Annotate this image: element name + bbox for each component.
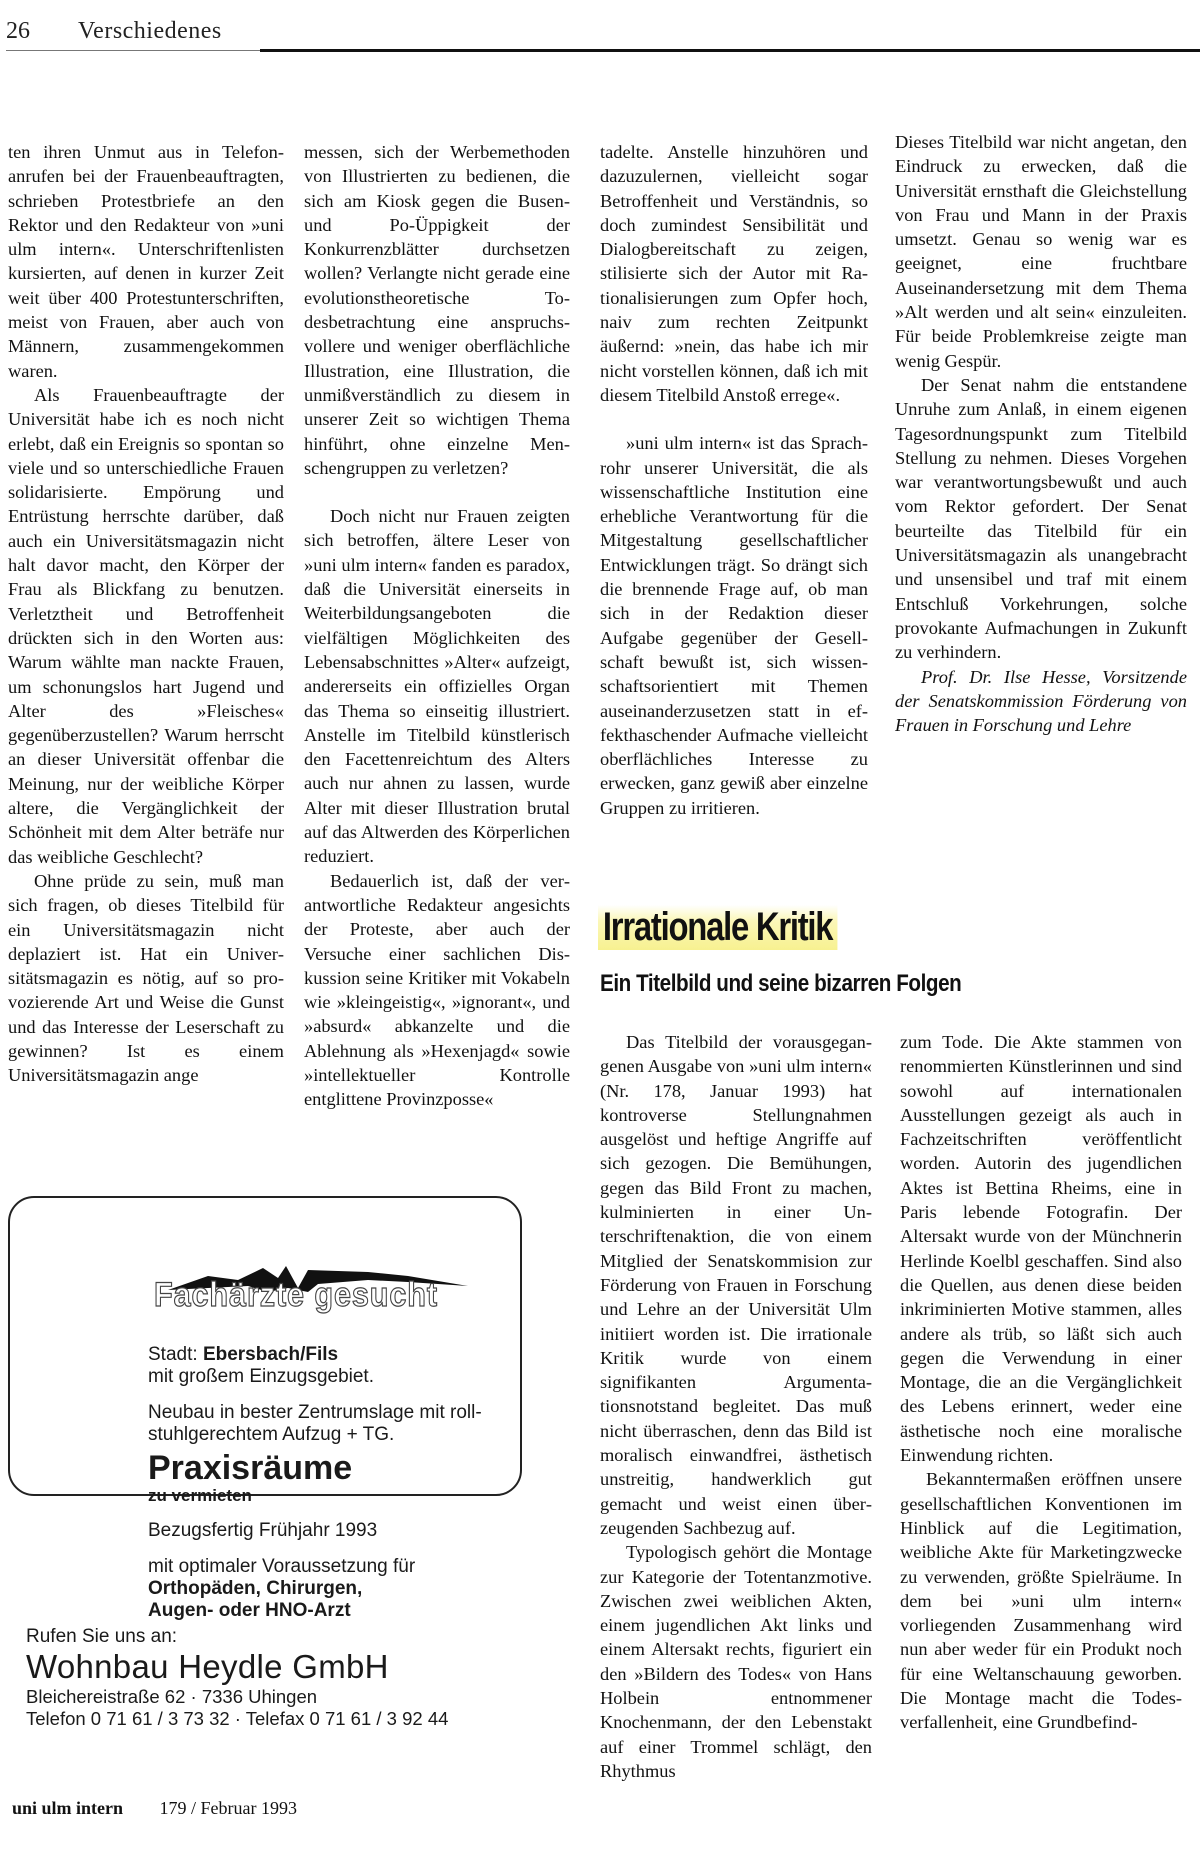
paragraph: Der Senat nahm die entstande­ne Unruhe z…	[895, 373, 1187, 665]
ad-call-label: Rufen Sie uns an:	[26, 1626, 506, 1648]
ad-address: Bleichereistraße 62 · 7336 Uhingen	[26, 1686, 506, 1708]
page-header: 26 Verschiedenes	[0, 0, 1200, 52]
article-column-1: Das Titelbild der vorausgegan­genen Ausg…	[600, 1030, 872, 1783]
page-footer: uni ulm intern 179 / Februar 1993	[12, 1798, 297, 1819]
ad-suited: mit optimaler Voraussetzung für	[148, 1556, 508, 1578]
section-title: Verschiedenes	[78, 18, 222, 45]
article-column-2: zum Tode. Die Akte stammen von renommier…	[900, 1030, 1182, 1735]
ad-headline: Fachärzte gesucht	[150, 1276, 490, 1316]
paragraph: Das Titelbild der vorausgegan­genen Ausg…	[600, 1030, 872, 1540]
ad-building-2: stuhlgerechtem Aufzug + TG.	[148, 1424, 508, 1446]
page-number: 26	[6, 18, 30, 45]
letter-column-1: ten ihren Unmut aus in Telefon­anrufen b…	[8, 140, 284, 1088]
ad-offer-sub: zu vermieten	[148, 1486, 508, 1506]
paragraph: »uni ulm intern« ist das Sprach­rohr uns…	[600, 431, 868, 820]
footer-issue: 179 / Februar 1993	[160, 1798, 297, 1818]
paragraph: Ohne prüde zu sein, muß man sich fragen,…	[8, 869, 284, 1088]
header-rule-bold	[260, 49, 1200, 52]
footer-publication: uni ulm intern	[12, 1798, 123, 1818]
paragraph: Bedauerlich ist, daß der ver­antwortlich…	[304, 869, 570, 1112]
ad-city-line: Stadt: Ebersbach/Fils	[148, 1344, 508, 1366]
letter-column-3: tadelte. Anstelle hinzuhören und dazuzul…	[600, 140, 868, 820]
article-subtitle: Ein Titelbild und seine bizarren Folgen	[600, 970, 961, 998]
ad-building-1: Neubau in bester Zentrumslage mit roll-	[148, 1402, 508, 1424]
paragraph: ten ihren Unmut aus in Telefon­anrufen b…	[8, 140, 284, 383]
paragraph: Doch nicht nur Frauen zeigten sich betro…	[304, 504, 570, 868]
ad-area: mit großem Einzugsgebiet.	[148, 1366, 508, 1388]
ad-phone: Telefon 0 71 61 / 3 73 32 · Telefax 0 71…	[26, 1708, 506, 1730]
ad-contact: Rufen Sie uns an: Wohnbau Heydle GmbH Bl…	[26, 1626, 506, 1730]
author-signature: Prof. Dr. Ilse Hesse, Vorsitzen­de der S…	[895, 665, 1187, 738]
article-title: Irrationale Kritik	[598, 905, 837, 950]
paragraph: Bekanntermaßen eröffnen un­sere gesellsc…	[900, 1467, 1182, 1734]
advertisement-box: Fachärzte gesucht Stadt: Ebersbach/Fils …	[8, 1196, 522, 1496]
ad-city: Ebersbach/Fils	[203, 1344, 338, 1365]
paragraph: messen, sich der Werbemetho­den von Illu…	[304, 140, 570, 480]
ad-specialists-1: Orthopäden, Chirurgen,	[148, 1578, 362, 1599]
paragraph: zum Tode. Die Akte stammen von renommier…	[900, 1030, 1182, 1467]
paragraph: Typologisch gehört die Monta­ge zur Kate…	[600, 1540, 872, 1783]
ad-company: Wohnbau Heydle GmbH	[26, 1648, 506, 1686]
paragraph: Dieses Titelbild war nicht ange­tan, den…	[895, 130, 1187, 373]
letter-column-4: Dieses Titelbild war nicht ange­tan, den…	[895, 130, 1187, 737]
ad-ready: Bezugsfertig Frühjahr 1993	[148, 1520, 508, 1542]
paragraph: tadelte. Anstelle hinzuhören und dazuzul…	[600, 140, 868, 407]
ad-offer: Praxisräume	[148, 1450, 508, 1486]
ad-specialists-2: Augen- oder HNO-Arzt	[148, 1600, 351, 1621]
letter-column-2: messen, sich der Werbemetho­den von Illu…	[304, 140, 570, 1112]
ad-body: Stadt: Ebersbach/Fils mit großem Einzugs…	[148, 1344, 508, 1622]
paragraph: Als Frauenbeauftragte der Universität ha…	[8, 383, 284, 869]
